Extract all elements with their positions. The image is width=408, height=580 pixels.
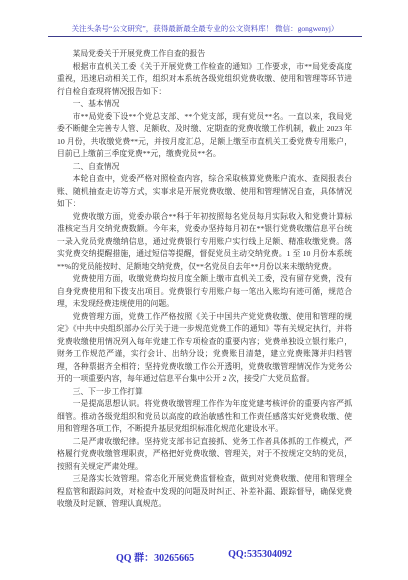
document-title: 某局党委关于开展党费工作自查的报告: [57, 48, 352, 61]
paragraph: 三是落实长效管理。常态化开展党费监督检查，做到对党费收缴、使用和管理全程监管和跟…: [57, 473, 352, 511]
paragraph: 市**局党委下设**个党总支部、**个党支部，现有党员**名。一直以来，我局党委…: [57, 111, 352, 161]
qq-number: QQ:535304092: [228, 549, 292, 564]
qq-group-number: QQ 群：30265665: [116, 549, 194, 564]
paragraph: 党费收缴方面，党委办联合**科于年初按照每名党员每月实际收入和党费计算标准核定当…: [57, 211, 352, 274]
document-page: 关注头条号“公文研究”，获得最新最全最专业的公文资料库！ 微信：gongweny…: [0, 0, 408, 580]
header-banner-text: 关注头条号“公文研究”，获得最新最全最专业的公文资料库！ 微信：gongweny…: [72, 24, 339, 33]
paragraph: 党费管理方面，党费工作严格按照《关于中国共产党党费收缴、使用和管理的规定》《中共…: [57, 311, 352, 386]
header-banner: 关注头条号“公文研究”，获得最新最全最专业的公文资料库！ 微信：gongweny…: [48, 24, 362, 37]
paragraph: 二、自查情况: [57, 161, 352, 174]
footer-contact: QQ 群：30265665 QQ:535304092: [0, 549, 408, 564]
paragraph-list: 根据市直机关工委《关于开展党费工作检查的通知》工作要求，市**局党委高度重视，迅…: [57, 61, 352, 511]
paragraph: 根据市直机关工委《关于开展党费工作检查的通知》工作要求，市**局党委高度重视，迅…: [57, 61, 352, 99]
paragraph: 一是提高思想认识。将党费收缴管理工作作为年度党建考核评价的重要内容严抓细管。推动…: [57, 398, 352, 436]
document-body: 某局党委关于开展党费工作自查的报告 根据市直机关工委《关于开展党费工作检查的通知…: [57, 48, 352, 511]
paragraph: 一、基本情况: [57, 98, 352, 111]
paragraph: 党费使用方面，收缴党费均按月度全额上缴市直机关工委，没有留存党费，没有自身党费使…: [57, 273, 352, 311]
paragraph: 二是严肃收缴纪律。坚持党支部书记直接抓、党务工作者具体抓的工作模式，严格履行党费…: [57, 436, 352, 474]
paragraph: 本轮自查中，党委严格对照检查内容，综合采取核算党费账户流水、查阅报表台账、随机抽…: [57, 173, 352, 211]
paragraph: 三、下一步工作打算: [57, 386, 352, 399]
